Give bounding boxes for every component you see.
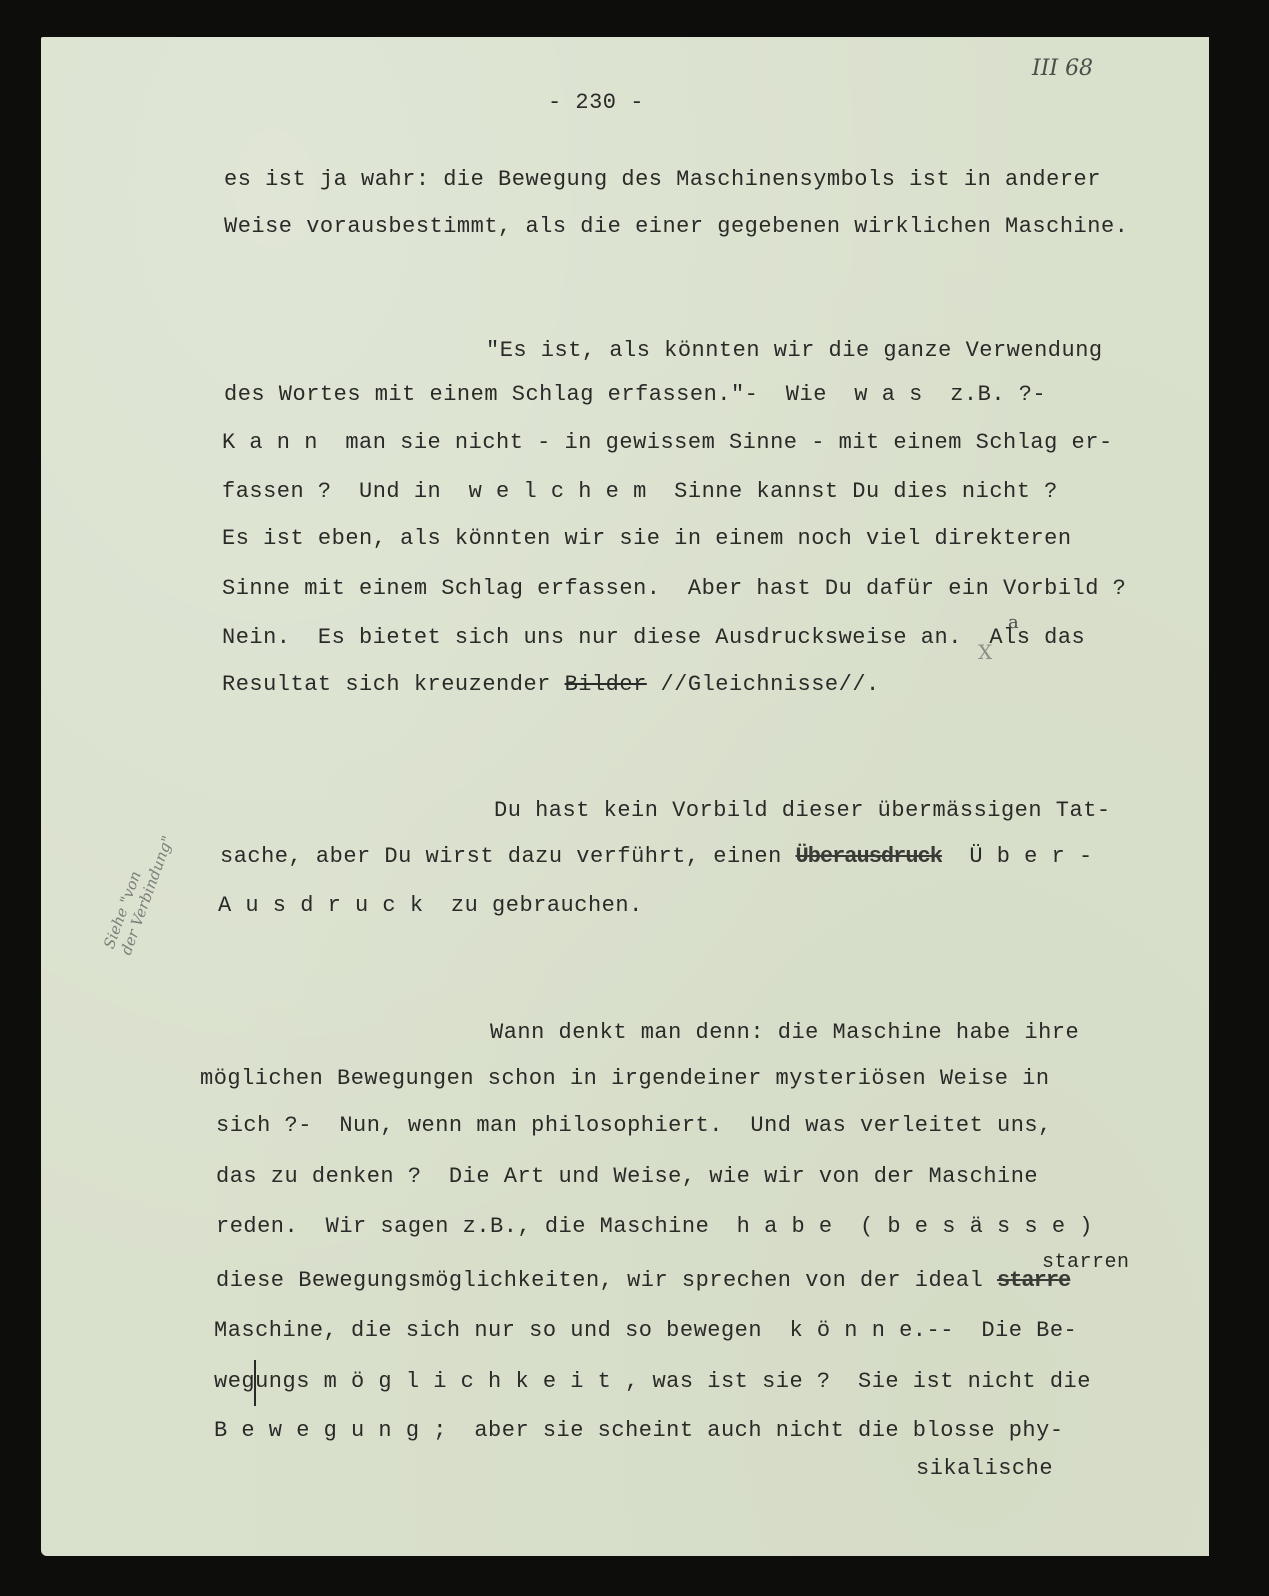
text-line: Maschine, die sich nur so und so bewegen… [214, 1320, 1077, 1342]
text-line: reden. Wir sagen z.B., die Maschine h a … [216, 1216, 1093, 1238]
page-number: - 230 - [548, 92, 644, 114]
text-line: sich ?- Nun, wenn man philosophiert. Und… [216, 1115, 1052, 1137]
text-line: wegungs m ö g l i c h k e i t , was ist … [214, 1371, 1091, 1393]
text-segment: diese Bewegungsmöglichkeiten, wir sprech… [216, 1268, 997, 1293]
text-segment: Resultat sich kreuzender [222, 672, 565, 697]
text-segment: //Gleichnisse//. [647, 672, 880, 697]
text-line: des Wortes mit einem Schlag erfassen."- … [224, 384, 1046, 406]
struck-word: Bilder [565, 672, 647, 697]
text-line-with-correction: Resultat sich kreuzender Bilder //Gleich… [222, 674, 880, 696]
text-line: möglichen Bewegungen schon in irgendeine… [200, 1068, 1050, 1090]
archive-reference: III 68 [1032, 56, 1093, 81]
text-line: B e w e g u n g ; aber sie scheint auch … [214, 1420, 1064, 1442]
text-line: sikalische [916, 1458, 1053, 1480]
text-line: Sinne mit einem Schlag erfassen. Aber ha… [222, 578, 1126, 600]
text-line: A u s d r u c k zu gebrauchen. [218, 895, 643, 917]
text-segment: Ü b e r - [942, 844, 1093, 869]
text-line: das zu denken ? Die Art und Weise, wie w… [216, 1166, 1038, 1188]
text-line: Es ist eben, als könnten wir sie in eine… [222, 528, 1072, 550]
xed-out-word: Überausdruck [796, 844, 942, 869]
text-line: Nein. Es bietet sich uns nur diese Ausdr… [222, 627, 1085, 649]
text-line: Wann denkt man denn: die Maschine habe i… [490, 1022, 1079, 1044]
separator-mark [254, 1360, 256, 1406]
text-line: Du hast kein Vorbild dieser übermässigen… [494, 800, 1111, 822]
xed-out-word: starre [997, 1268, 1070, 1293]
text-line: es ist ja wahr: die Bewegung des Maschin… [224, 169, 1101, 191]
text-line-with-correction: sache, aber Du wirst dazu verführt, eine… [220, 846, 1093, 868]
text-line: K a n n man sie nicht - in gewissem Sinn… [222, 432, 1113, 454]
text-line-with-correction: diese Bewegungsmöglichkeiten, wir sprech… [216, 1270, 1070, 1292]
text-line: "Es ist, als könnten wir die ganze Verwe… [486, 340, 1103, 362]
x-mark: X [978, 640, 992, 664]
text-line: fassen ? Und in w e l c h e m Sinne kann… [222, 481, 1058, 503]
text-segment: sache, aber Du wirst dazu verführt, eine… [220, 844, 796, 869]
text-line: Weise vorausbestimmt, als die einer gege… [224, 216, 1128, 238]
handwritten-insert: a [1008, 612, 1019, 633]
